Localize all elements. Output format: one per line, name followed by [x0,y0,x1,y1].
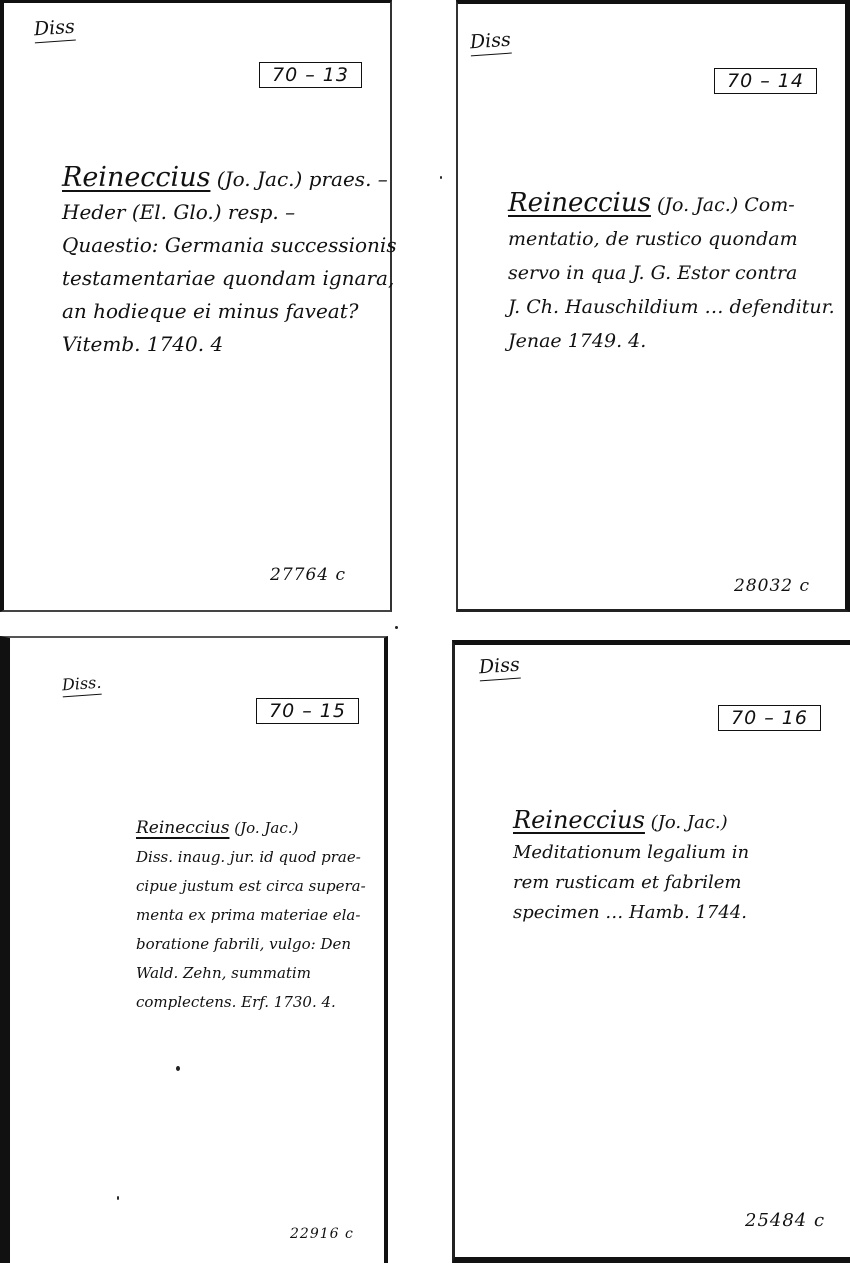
accession-number: 27764 c [270,565,346,585]
shelf-mark: 70 – 16 [718,705,821,731]
entry-line: boratione fabrili, vulgo: Den [136,930,366,959]
entry-line: testamentariae quondam ignara, [62,262,397,295]
entry-heading: Reineccius (Jo. Jac.) [513,805,749,838]
author-name: Reineccius [513,806,645,834]
entry-line: Meditationum legalium in [513,838,749,868]
entry-line: Diss. inaug. jur. id quod prae- [136,843,366,872]
accession-number: 25484 c [745,1210,825,1231]
shelf-mark: 70 – 13 [259,62,362,88]
entry-line: rem rusticam et fabrilem [513,868,749,898]
accession-number: 28032 c [734,576,810,596]
category-label: Diss [478,654,520,682]
entry-line: Jenae 1749. 4. [508,324,835,358]
entry-line: cipue justum est circa supera- [136,872,366,901]
shelf-mark: 70 – 14 [714,68,817,94]
scan-speck [440,176,442,179]
author-details: (Jo. Jac.) Com- [651,194,795,216]
scan-speck [395,626,398,629]
entry-heading: Reineccius (Jo. Jac.) [136,814,366,843]
author-name: Reineccius [508,188,651,218]
entry-heading: Reineccius (Jo. Jac.) praes. – [62,161,397,196]
entry-line: Vitemb. 1740. 4 [62,328,397,361]
entry-line: menta ex prima materiae ela- [136,901,366,930]
entry-line: Quaestio: Germania successionis [62,229,397,262]
entry-line: mentatio, de rustico quondam [508,222,835,256]
entry-heading: Reineccius (Jo. Jac.) Com- [508,186,835,222]
entry-line: Heder (El. Glo.) resp. – [62,196,397,229]
author-details: (Jo. Jac.) [645,812,728,833]
shelf-mark: 70 – 15 [256,698,359,724]
entry-line: servo in qua J. G. Estor contra [508,256,835,290]
catalog-entry: Reineccius (Jo. Jac.) Com- mentatio, de … [508,186,835,358]
scan-speck [176,1066,180,1071]
catalog-card-70-16: Diss 70 – 16 Reineccius (Jo. Jac.) Medit… [452,640,850,1263]
catalog-entry: Reineccius (Jo. Jac.) Meditationum legal… [513,805,749,928]
catalog-card-70-15: Diss. 70 – 15 Reineccius (Jo. Jac.) Diss… [0,636,388,1263]
entry-line: complectens. Erf. 1730. 4. [136,988,366,1017]
category-label: Diss [33,16,75,44]
catalog-entry: Reineccius (Jo. Jac.) Diss. inaug. jur. … [136,814,366,1017]
scan-speck [117,1196,119,1200]
entry-line: Wald. Zehn, summatim [136,959,366,988]
catalog-entry: Reineccius (Jo. Jac.) praes. – Heder (El… [62,161,397,361]
catalog-card-70-13: Diss 70 – 13 Reineccius (Jo. Jac.) praes… [0,0,392,612]
author-details: (Jo. Jac.) praes. – [210,167,387,191]
entry-line: an hodieque ei minus faveat? [62,295,397,328]
author-name: Reineccius [62,162,210,193]
author-name: Reineccius [136,818,229,838]
category-label: Diss. [61,673,102,698]
category-label: Diss [469,29,511,57]
accession-number: 22916 c [290,1226,354,1242]
entry-line: specimen … Hamb. 1744. [513,898,749,928]
entry-line: J. Ch. Hauschildium … defenditur. [508,290,835,324]
catalog-card-70-14: Diss 70 – 14 Reineccius (Jo. Jac.) Com- … [456,0,850,612]
author-details: (Jo. Jac.) [229,819,298,837]
